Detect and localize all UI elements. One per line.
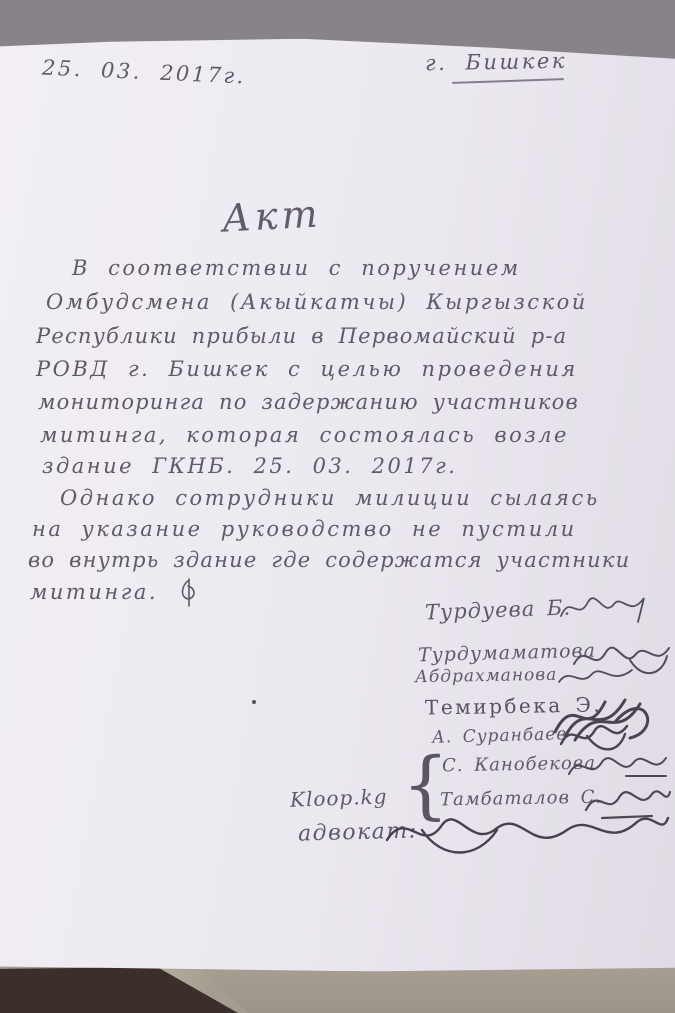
paragraph1-line7: здание ГКНБ. 25. 03. 2017г. <box>42 454 457 478</box>
date-line: 25. 03. 2017г. <box>42 56 247 89</box>
city-underline <box>452 78 564 84</box>
signature-scribble-1 <box>558 588 648 628</box>
paragraph2-line3: во внутрь здание где содержатся участник… <box>28 548 630 572</box>
paragraph1-line1: В соответствии с поручением <box>72 256 521 280</box>
paragraph1-line5: мониторинга по задержанию участников <box>38 390 579 414</box>
paragraph2-line4: митинга. <box>30 580 158 604</box>
paragraph2-line2: на указание руководство не пустили <box>32 517 577 541</box>
signature-name-1: Турдуева Б. <box>425 595 572 624</box>
advocate-signature-scribble <box>382 800 672 862</box>
paragraph1-line6: митинга, которая состоялась возле <box>40 423 569 447</box>
signature-name-3: Абдрахманова <box>415 665 558 687</box>
document-photo: 25. 03. 2017г. г. Бишкек Акт В соответст… <box>0 0 675 1013</box>
ink-dot <box>252 700 256 704</box>
paragraph1-line2: Омбудсмена (Акыйкатчы) Кыргызской <box>46 290 588 314</box>
document-title: Акт <box>221 191 323 240</box>
city-line: г. Бишкек <box>425 49 567 75</box>
signature-name-5: А. Суранбаев <box>432 724 568 748</box>
pen-flourish-mark <box>178 577 200 609</box>
org-name: Kloop.kg <box>290 784 388 811</box>
paragraph1-line3: Республики прибыли в Первомайский р-а <box>36 324 567 348</box>
paragraph2-line1: Однако сотрудники милиции сылаясь <box>60 486 600 510</box>
handwritten-content: 25. 03. 2017г. г. Бишкек Акт В соответст… <box>0 0 675 1013</box>
paragraph1-line4: РОВД г. Бишкек с целью проведения <box>36 357 578 381</box>
